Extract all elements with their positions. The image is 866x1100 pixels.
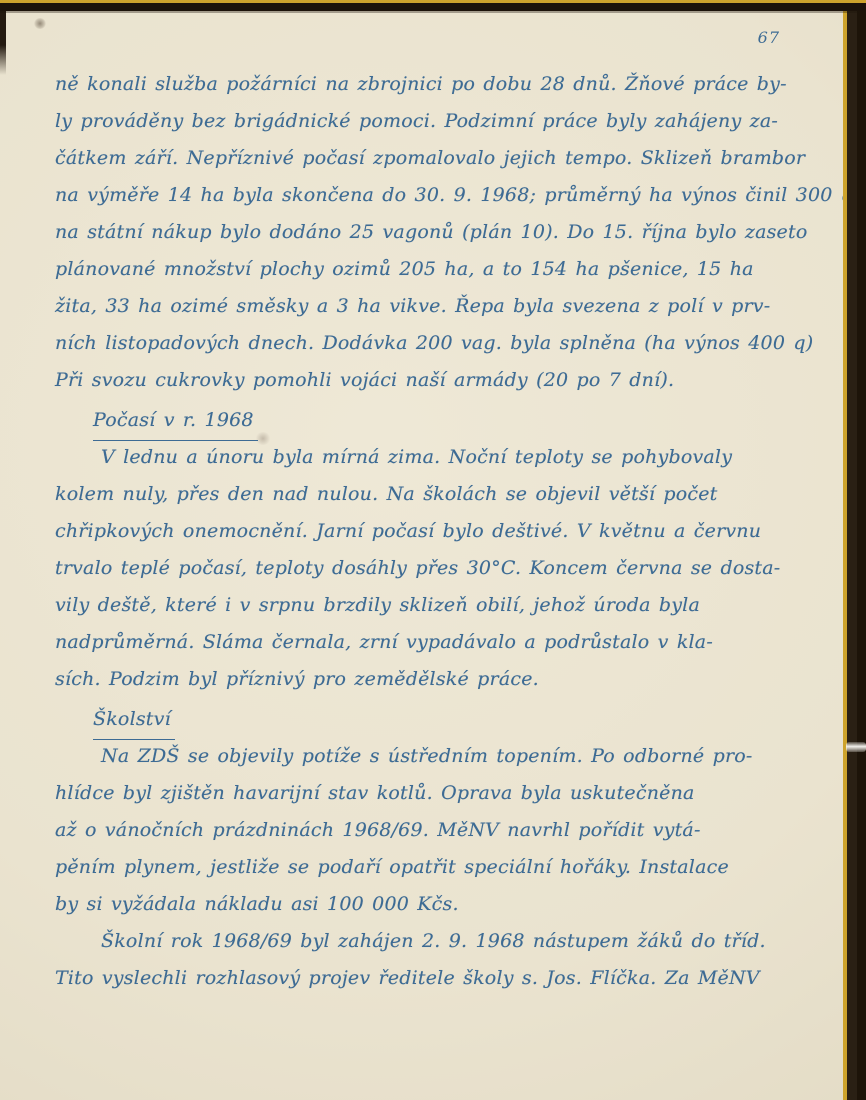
handwritten-line: hlídce byl zjištěn havarijní stav kotlů.… [55, 775, 823, 812]
scan-top-edge [0, 0, 866, 13]
section-heading: Počasí v r. 1968 [93, 401, 258, 441]
handwritten-line: Školní rok 1968/69 byl zahájen 2. 9. 196… [55, 923, 823, 960]
handwritten-line: nadprůměrná. Sláma černala, zrní vypadáv… [55, 624, 823, 661]
handwritten-line: vily deště, které i v srpnu brzdily skli… [55, 587, 823, 624]
chronicle-page: 67 ně konali služba požárníci na zbrojni… [0, 0, 848, 1100]
handwritten-line: pěním plynem, jestliže se podaří opatřit… [55, 849, 823, 886]
paragraph-block: Na ZDŠ se objevily potíže s ústředním to… [55, 738, 823, 997]
handwritten-line: ně konali služba požárníci na zbrojnici … [55, 66, 823, 103]
handwritten-line: ly prováděny bez brigádnické pomoci. Pod… [55, 103, 823, 140]
handwritten-line: ních listopadových dnech. Dodávka 200 va… [55, 325, 823, 362]
handwritten-line: Tito vyslechli rozhlasový projev ředitel… [55, 960, 823, 997]
handwritten-line: Při svozu cukrovky pomohli vojáci naší a… [55, 362, 823, 399]
handwritten-line: by si vyžádala nákladu asi 100 000 Kčs. [55, 886, 823, 923]
handwritten-line: trvalo teplé počasí, teploty dosáhly pře… [55, 550, 823, 587]
handwritten-line: na výměře 14 ha byla skončena do 30. 9. … [55, 177, 823, 214]
paragraph-block: V lednu a únoru byla mírná zima. Noční t… [55, 439, 823, 698]
handwritten-line: kolem nuly, přes den nad nulou. Na školá… [55, 476, 823, 513]
heading-line: Školství [55, 700, 823, 738]
ink-smudge [34, 18, 46, 29]
heading-line: Počasí v r. 1968 [55, 401, 823, 439]
handwritten-line: až o vánočních prázdninách 1968/69. MěNV… [55, 812, 823, 849]
handwritten-line: na státní nákup bylo dodáno 25 vagonů (p… [55, 214, 823, 251]
handwritten-line: sích. Podzim byl příznivý pro zemědělské… [55, 661, 823, 698]
section-heading-block: Školství [55, 700, 823, 738]
section-heading: Školství [93, 700, 175, 740]
paragraph-block: ně konali služba požárníci na zbrojnici … [55, 66, 823, 399]
page-number: 67 [758, 28, 780, 47]
scan-right-edge [843, 0, 866, 1100]
handwritten-line: V lednu a únoru byla mírná zima. Noční t… [55, 439, 823, 476]
handwritten-line: čátkem září. Nepříznivé počasí zpomalova… [55, 140, 823, 177]
handwritten-line: žita, 33 ha ozimé směsky a 3 ha vikve. Ř… [55, 288, 823, 325]
scan-edge-white-mark [846, 742, 866, 752]
handwritten-line: Na ZDŠ se objevily potíže s ústředním to… [55, 738, 823, 775]
section-heading-block: Počasí v r. 1968 [55, 401, 823, 439]
handwritten-line: plánované množství plochy ozimů 205 ha, … [55, 251, 823, 288]
handwritten-line: chřipkových onemocnění. Jarní počasí byl… [55, 513, 823, 550]
handwritten-text: ně konali služba požárníci na zbrojnici … [55, 66, 823, 997]
